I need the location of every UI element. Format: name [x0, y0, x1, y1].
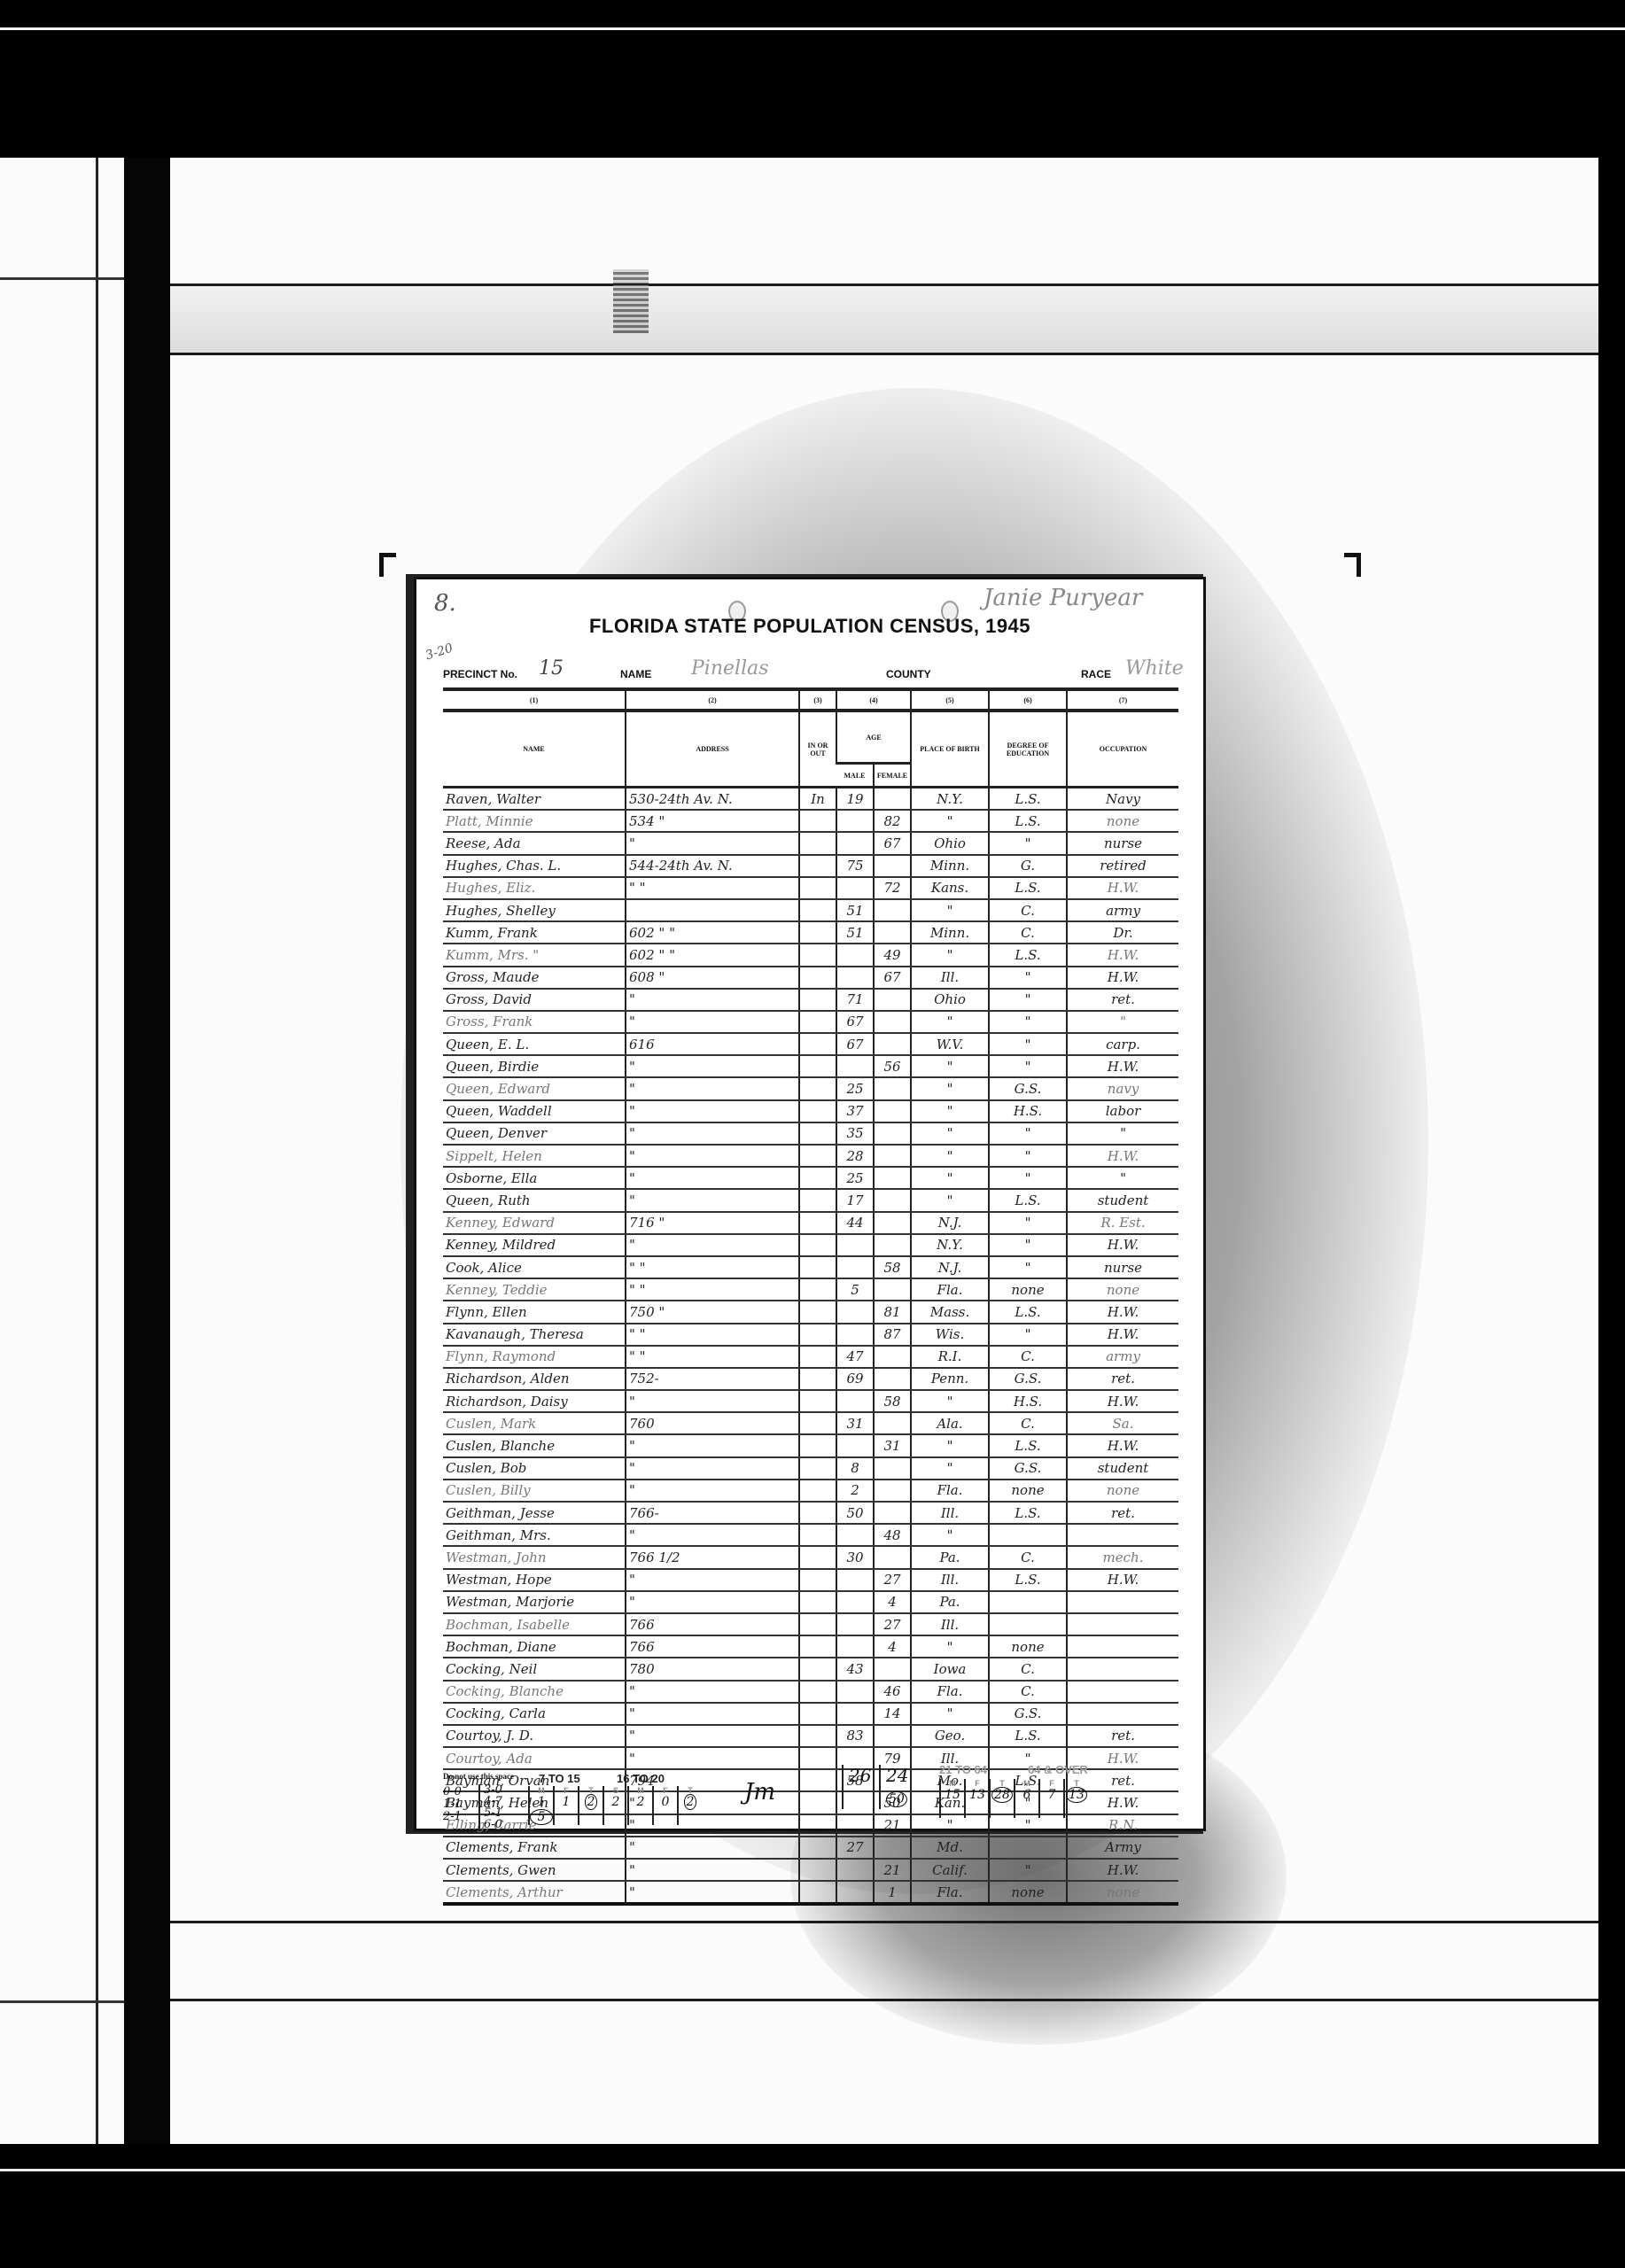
table-row: Clements, Arthur"1Fla.nonenone	[443, 1881, 1178, 1904]
cell-in-out	[799, 855, 836, 877]
cell-age-male: 71	[836, 989, 874, 1011]
cell-birthplace: Fla.	[911, 1881, 989, 1904]
cell-in-out	[799, 1412, 836, 1434]
col-header-age: AGE	[836, 711, 911, 764]
code: 1-1	[443, 1798, 462, 1811]
cell-name: Reese, Ada	[443, 832, 626, 854]
cell-education: C.	[989, 921, 1067, 944]
cell-age-male: 19	[836, 788, 874, 811]
cell-occupation: H.W.	[1067, 1859, 1178, 1881]
cell-address: "	[626, 1703, 799, 1725]
cell-education: G.S.	[989, 1077, 1067, 1099]
code: 0-0	[443, 1786, 462, 1798]
cell-address: 766 1/2	[626, 1546, 799, 1568]
cell-age-male: 37	[836, 1100, 874, 1122]
cell-in-out	[799, 921, 836, 944]
tally-value: 28	[991, 1787, 1013, 1803]
cell-education: G.	[989, 855, 1067, 877]
cell-in-out	[799, 1077, 836, 1099]
table-row: Hughes, Chas. L.544-24th Av. N.75Minn.G.…	[443, 855, 1178, 877]
cell-age-male	[836, 877, 874, 899]
cell-birthplace: W.V.	[911, 1033, 989, 1055]
cell-occupation: Army	[1067, 1837, 1178, 1859]
cell-name: Cocking, Blanche	[443, 1681, 626, 1703]
cell-name: Platt, Minnie	[443, 810, 626, 832]
cell-age-female	[874, 1457, 911, 1480]
cell-age-male	[836, 1234, 874, 1256]
cell-age-male: 17	[836, 1189, 874, 1211]
cell-education: G.S.	[989, 1457, 1067, 1480]
cell-birthplace: Ala.	[911, 1412, 989, 1434]
cell-education: "	[989, 1234, 1067, 1256]
cell-occupation	[1067, 1703, 1178, 1725]
cell-address: 760	[626, 1412, 799, 1434]
tally-cell: M15	[528, 1786, 553, 1825]
sheet-number: 8.	[434, 590, 456, 617]
cell-address: 544-24th Av. N.	[626, 855, 799, 877]
table-row: Clements, Frank"27Md.Army	[443, 1837, 1178, 1859]
table-row: Flynn, Raymond" "47R.I.C.army	[443, 1346, 1178, 1368]
cell-address: 602 " "	[626, 921, 799, 944]
cell-age-female: 72	[874, 877, 911, 899]
tally-cell-value: 15	[941, 1788, 964, 1802]
tally-value: 2	[637, 1795, 645, 1809]
table-row: Westman, Hope"27Ill.L.S.H.W.	[443, 1569, 1178, 1591]
do-not-use-label: Do not use this space	[443, 1772, 514, 1781]
cell-name: Geithman, Jesse	[443, 1502, 626, 1524]
cell-birthplace: "	[911, 1390, 989, 1412]
cell-name: Cuslen, Bob	[443, 1457, 626, 1480]
cell-in-out	[799, 1011, 836, 1033]
cell-occupation: retired	[1067, 855, 1178, 877]
cell-address: " "	[626, 1278, 799, 1301]
cell-name: Westman, John	[443, 1546, 626, 1568]
table-row: Cuslen, Billy"2Fla.nonenone	[443, 1480, 1178, 1502]
cell-education: L.S.	[989, 877, 1067, 899]
cell-birthplace: N.Y.	[911, 788, 989, 811]
cell-birthplace: Ill.	[911, 1569, 989, 1591]
cell-in-out	[799, 1569, 836, 1591]
cell-in-out	[799, 1837, 836, 1859]
cell-address: 602 " "	[626, 944, 799, 966]
cell-birthplace: N.Y.	[911, 1234, 989, 1256]
cell-education: C.	[989, 899, 1067, 921]
tally-cell: T2	[677, 1786, 702, 1825]
cell-education: L.S.	[989, 810, 1067, 832]
cell-in-out	[799, 967, 836, 989]
cell-age-male	[836, 1591, 874, 1613]
board-edge	[96, 158, 98, 2144]
plank-seam-lower-2	[170, 1999, 1598, 2001]
col-num-7: (7)	[1067, 691, 1178, 711]
cell-occupation: H.W.	[1067, 877, 1178, 899]
cell-name: Sippelt, Helen	[443, 1145, 626, 1167]
cell-occupation	[1067, 1591, 1178, 1613]
tally-value: 1	[538, 1795, 546, 1809]
cell-address: " "	[626, 1346, 799, 1368]
cell-in-out	[799, 1167, 836, 1189]
cell-occupation: nurse	[1067, 1256, 1178, 1278]
cell-age-male: 25	[836, 1167, 874, 1189]
cell-age-female	[874, 1837, 911, 1859]
cell-occupation: H.W.	[1067, 1301, 1178, 1323]
cell-in-out	[799, 1747, 836, 1769]
cell-in-out	[799, 1524, 836, 1546]
signature: Jm	[744, 1779, 775, 1806]
table-row: Westman, John766 1/230Pa.C.mech.	[443, 1546, 1178, 1568]
tally-cell-header: F	[1040, 1779, 1063, 1788]
cell-education: none	[989, 1881, 1067, 1904]
table-row: Queen, Waddell"37"H.S.labor	[443, 1100, 1178, 1122]
cell-age-male	[836, 1434, 874, 1456]
tally-cells-21-over: M15F13T28M6F7T13	[939, 1779, 1088, 1818]
cell-age-male: 31	[836, 1412, 874, 1434]
cell-name: Flynn, Raymond	[443, 1346, 626, 1368]
cell-education	[989, 1613, 1067, 1635]
cell-age-female	[874, 1546, 911, 1568]
cell-age-male: 67	[836, 1033, 874, 1055]
male-total: 26	[842, 1765, 871, 1809]
table-row: Platt, Minnie534 "82"L.S.none	[443, 810, 1178, 832]
cell-age-male: 43	[836, 1658, 874, 1680]
cell-occupation: student	[1067, 1189, 1178, 1211]
cell-education: "	[989, 989, 1067, 1011]
cell-education: "	[989, 1122, 1067, 1145]
cell-in-out	[799, 1100, 836, 1122]
cell-birthplace: Ill.	[911, 967, 989, 989]
film-edge-line	[0, 2169, 1625, 2171]
cell-age-female	[874, 1100, 911, 1122]
cell-age-male	[836, 1703, 874, 1725]
cell-birthplace: "	[911, 1524, 989, 1546]
cell-birthplace: Minn.	[911, 921, 989, 944]
cell-education: "	[989, 1212, 1067, 1234]
cell-in-out	[799, 1681, 836, 1703]
tally-value: 1	[563, 1795, 571, 1809]
cell-birthplace: "	[911, 1122, 989, 1145]
table-row: Cook, Alice" "58N.J."nurse	[443, 1256, 1178, 1278]
cell-address: "	[626, 1881, 799, 1904]
cell-occupation	[1067, 1658, 1178, 1680]
cell-name: Bochman, Isabelle	[443, 1613, 626, 1635]
cell-occupation: ret.	[1067, 1725, 1178, 1747]
cell-name: Gross, Frank	[443, 1011, 626, 1033]
tally-cell-header: M	[1015, 1779, 1038, 1788]
cell-age-female: 82	[874, 810, 911, 832]
cell-occupation: "	[1067, 1167, 1178, 1189]
name-label: NAME	[620, 668, 651, 680]
adjacent-board-left	[0, 158, 124, 2144]
table-row: Richardson, Alden752-69Penn.G.S.ret.	[443, 1368, 1178, 1390]
cell-age-female	[874, 1502, 911, 1524]
col-header-education: DEGREE OF EDUCATION	[989, 711, 1067, 788]
cell-age-male: 51	[836, 899, 874, 921]
cell-age-female: 87	[874, 1324, 911, 1346]
col-header-occupation: OCCUPATION	[1067, 711, 1178, 788]
table-row: Kenney, Edward716 "44N.J."R. Est.	[443, 1212, 1178, 1234]
cell-in-out	[799, 1703, 836, 1725]
cell-age-male: 30	[836, 1546, 874, 1568]
table-row: Gross, Maude608 "67Ill."H.W.	[443, 967, 1178, 989]
film-edge-line	[0, 27, 1625, 30]
cell-age-female: 21	[874, 1859, 911, 1881]
tally-cell: M6	[1014, 1779, 1038, 1818]
plank-band	[170, 283, 1598, 353]
cell-birthplace: "	[911, 1077, 989, 1099]
cell-name: Kenney, Edward	[443, 1212, 626, 1234]
cell-age-male: 69	[836, 1368, 874, 1390]
cell-occupation: H.W.	[1067, 1569, 1178, 1591]
cell-age-male	[836, 1681, 874, 1703]
group-7-15-label: 7 TO 15	[539, 1772, 580, 1785]
cell-address: "	[626, 1524, 799, 1546]
cell-age-female: 27	[874, 1569, 911, 1591]
col-header-female: Female	[874, 764, 911, 788]
cell-in-out	[799, 944, 836, 966]
table-row: Richardson, Daisy"58"H.S.H.W.	[443, 1390, 1178, 1412]
cell-birthplace: "	[911, 1434, 989, 1456]
table-row: Sippelt, Helen"28""H.W.	[443, 1145, 1178, 1167]
board-divider-bar	[124, 158, 170, 2144]
cell-name: Flynn, Ellen	[443, 1301, 626, 1323]
tally-cell-value: 0	[654, 1795, 677, 1809]
cell-address: "	[626, 832, 799, 854]
group-64-over-label: 64 & OVER	[1028, 1763, 1088, 1776]
cell-in-out	[799, 1256, 836, 1278]
cell-occupation: mech.	[1067, 1546, 1178, 1568]
cell-age-male	[836, 1324, 874, 1346]
header-fields: PRECINCT No. 15 NAME Pinellas COUNTY RAC…	[443, 664, 1178, 687]
cell-in-out	[799, 1122, 836, 1145]
cell-age-female: 58	[874, 1390, 911, 1412]
table-row: Cuslen, Mark76031Ala.C.Sa.	[443, 1412, 1178, 1434]
cell-occupation: none	[1067, 810, 1178, 832]
cell-education: none	[989, 1278, 1067, 1301]
cell-age-female: 67	[874, 967, 911, 989]
cell-name: Hughes, Chas. L.	[443, 855, 626, 877]
tally-cell: M15	[939, 1779, 964, 1818]
cell-name: Cuslen, Mark	[443, 1412, 626, 1434]
cell-education: "	[989, 1256, 1067, 1278]
code: 6-0	[484, 1819, 502, 1830]
tally-value: 0	[662, 1795, 670, 1809]
tally-cell: M2	[627, 1786, 652, 1825]
wood-knot	[613, 269, 649, 333]
cell-name: Kenney, Teddie	[443, 1278, 626, 1301]
cell-occupation: none	[1067, 1480, 1178, 1502]
cell-occupation: H.W.	[1067, 1324, 1178, 1346]
cell-education: L.S.	[989, 1301, 1067, 1323]
cell-birthplace: "	[911, 944, 989, 966]
cell-in-out	[799, 1635, 836, 1658]
tally-cell: F0	[652, 1786, 677, 1825]
photo-top-border	[0, 0, 1625, 158]
cell-education: L.S.	[989, 1189, 1067, 1211]
page-title: FLORIDA STATE POPULATION CENSUS, 1945	[416, 615, 1203, 638]
col-header-name: NAME	[443, 711, 626, 788]
cell-birthplace: Minn.	[911, 855, 989, 877]
cell-in-out	[799, 1033, 836, 1055]
cell-education: C.	[989, 1681, 1067, 1703]
cell-name: Clements, Gwen	[443, 1859, 626, 1881]
tally-cell-header: S	[604, 1786, 627, 1795]
cell-address: "	[626, 1122, 799, 1145]
cell-name: Kumm, Mrs. "	[443, 944, 626, 966]
col-num-6: (6)	[989, 691, 1067, 711]
table-row: Geithman, Jesse766-50Ill.L.S.ret.	[443, 1502, 1178, 1524]
cell-occupation: Dr.	[1067, 921, 1178, 944]
cell-age-female	[874, 1368, 911, 1390]
cell-age-female: 27	[874, 1613, 911, 1635]
cell-age-male: 44	[836, 1212, 874, 1234]
tally-value: 2	[684, 1794, 697, 1810]
cell-address: "	[626, 1189, 799, 1211]
cell-address: "	[626, 1234, 799, 1256]
tally-cell-value: 2	[629, 1795, 652, 1809]
table-row: Hughes, Eliz." "72Kans.L.S.H.W.	[443, 877, 1178, 899]
cell-age-female: 31	[874, 1434, 911, 1456]
photo-right-border	[1598, 158, 1625, 2144]
table-row: Kumm, Frank602 " "51Minn.C.Dr.	[443, 921, 1178, 944]
table-row: Clements, Gwen"21Calif."H.W.	[443, 1859, 1178, 1881]
table-row: Kenney, Mildred"N.Y."H.W.	[443, 1234, 1178, 1256]
cell-name: Cocking, Neil	[443, 1658, 626, 1680]
cell-in-out	[799, 1546, 836, 1568]
cell-in-out	[799, 1234, 836, 1256]
cell-education: C.	[989, 1658, 1067, 1680]
cell-age-male	[836, 1390, 874, 1412]
cell-age-female: 4	[874, 1635, 911, 1658]
table-row: Gross, Frank"67"""	[443, 1011, 1178, 1033]
cell-address: "	[626, 1077, 799, 1099]
cell-age-male	[836, 1859, 874, 1881]
cell-address: " "	[626, 1324, 799, 1346]
col-num-4: (4)	[836, 691, 911, 711]
tally-cell: T13	[1063, 1779, 1088, 1818]
cell-education: L.S.	[989, 1502, 1067, 1524]
col-num-5: (5)	[911, 691, 989, 711]
cell-address: "	[626, 1434, 799, 1456]
cell-name: Cuslen, Billy	[443, 1480, 626, 1502]
cell-birthplace: Pa.	[911, 1546, 989, 1568]
cell-birthplace: Calif.	[911, 1859, 989, 1881]
cell-birthplace: Fla.	[911, 1278, 989, 1301]
cell-occupation: H.W.	[1067, 1145, 1178, 1167]
cell-address: "	[626, 1390, 799, 1412]
table-row: Reese, Ada"67Ohio"nurse	[443, 832, 1178, 854]
cell-in-out	[799, 1346, 836, 1368]
cell-occupation: "	[1067, 1122, 1178, 1145]
cell-age-male: 5	[836, 1278, 874, 1301]
cell-age-male	[836, 810, 874, 832]
cell-education: none	[989, 1635, 1067, 1658]
cell-education: C.	[989, 1546, 1067, 1568]
plank-seam-bottom	[170, 353, 1598, 355]
table-row: Kumm, Mrs. "602 " "49"L.S.H.W.	[443, 944, 1178, 966]
cell-in-out	[799, 1859, 836, 1881]
cell-age-male: 8	[836, 1457, 874, 1480]
cell-address: "	[626, 1011, 799, 1033]
cell-birthplace: "	[911, 1145, 989, 1167]
cell-occupation: H.W.	[1067, 1434, 1178, 1456]
board-joint	[0, 277, 124, 280]
census-sheet: 8. 3-20 Janie Puryear FLORIDA STATE POPU…	[416, 579, 1203, 1829]
cell-age-male: 83	[836, 1725, 874, 1747]
cell-age-female	[874, 921, 911, 944]
cell-birthplace: Ohio	[911, 832, 989, 854]
cell-name: Courtoy, Ada	[443, 1747, 626, 1769]
cell-occupation: carp.	[1067, 1033, 1178, 1055]
cell-age-female	[874, 1145, 911, 1167]
tally-cell-value: 28	[991, 1788, 1014, 1802]
cell-occupation: Sa.	[1067, 1412, 1178, 1434]
cell-education: "	[989, 1033, 1067, 1055]
cell-address: " "	[626, 1256, 799, 1278]
tally-cell: F13	[964, 1779, 989, 1818]
col-header-address: ADDRESS	[626, 711, 799, 788]
cell-in-out	[799, 1480, 836, 1502]
cell-age-female: 67	[874, 832, 911, 854]
cell-address: "	[626, 1480, 799, 1502]
cell-in-out	[799, 810, 836, 832]
table-row: Courtoy, J. D."83Geo.L.S.ret.	[443, 1725, 1178, 1747]
cell-address: "	[626, 1055, 799, 1077]
cell-age-female	[874, 1033, 911, 1055]
cell-birthplace: Geo.	[911, 1725, 989, 1747]
col-header-birthplace: PLACE OF BIRTH	[911, 711, 989, 788]
cell-age-female: 48	[874, 1524, 911, 1546]
cell-occupation: H.W.	[1067, 967, 1178, 989]
race-label: RACE	[1081, 668, 1111, 680]
cell-in-out	[799, 1212, 836, 1234]
cell-occupation: H.W.	[1067, 944, 1178, 966]
cell-occupation: H.W.	[1067, 1234, 1178, 1256]
plank-seam-top	[170, 283, 1598, 286]
cell-name: Gross, Maude	[443, 967, 626, 989]
cell-age-male	[836, 1613, 874, 1635]
cell-age-female	[874, 989, 911, 1011]
cell-occupation: Navy	[1067, 788, 1178, 811]
cell-birthplace: Wis.	[911, 1324, 989, 1346]
cell-age-female: 81	[874, 1301, 911, 1323]
cell-in-out	[799, 877, 836, 899]
cell-age-male: 50	[836, 1502, 874, 1524]
cell-age-female	[874, 1278, 911, 1301]
table-row: Queen, Edward"25"G.S.navy	[443, 1077, 1178, 1099]
cell-birthplace: Fla.	[911, 1480, 989, 1502]
tally-cell-value: 13	[966, 1788, 989, 1802]
cell-address: 534 "	[626, 810, 799, 832]
cell-name: Cook, Alice	[443, 1256, 626, 1278]
cell-address: 766	[626, 1613, 799, 1635]
cell-in-out	[799, 1613, 836, 1635]
cell-age-female: 56	[874, 1055, 911, 1077]
cell-education: G.S.	[989, 1368, 1067, 1390]
table-row: Cocking, Blanche"46Fla.C.	[443, 1681, 1178, 1703]
cell-address: "	[626, 1145, 799, 1167]
cell-address: 616	[626, 1033, 799, 1055]
cell-education: L.S.	[989, 788, 1067, 811]
cell-age-female	[874, 1167, 911, 1189]
tally-cell-value: 2	[679, 1795, 702, 1809]
cell-occupation: nurse	[1067, 832, 1178, 854]
race-value: White	[1125, 657, 1184, 680]
cell-address	[626, 899, 799, 921]
cell-occupation: R. Est.	[1067, 1212, 1178, 1234]
cell-name: Cuslen, Blanche	[443, 1434, 626, 1456]
code: 2-1	[443, 1811, 462, 1823]
cell-birthplace: Ill.	[911, 1502, 989, 1524]
